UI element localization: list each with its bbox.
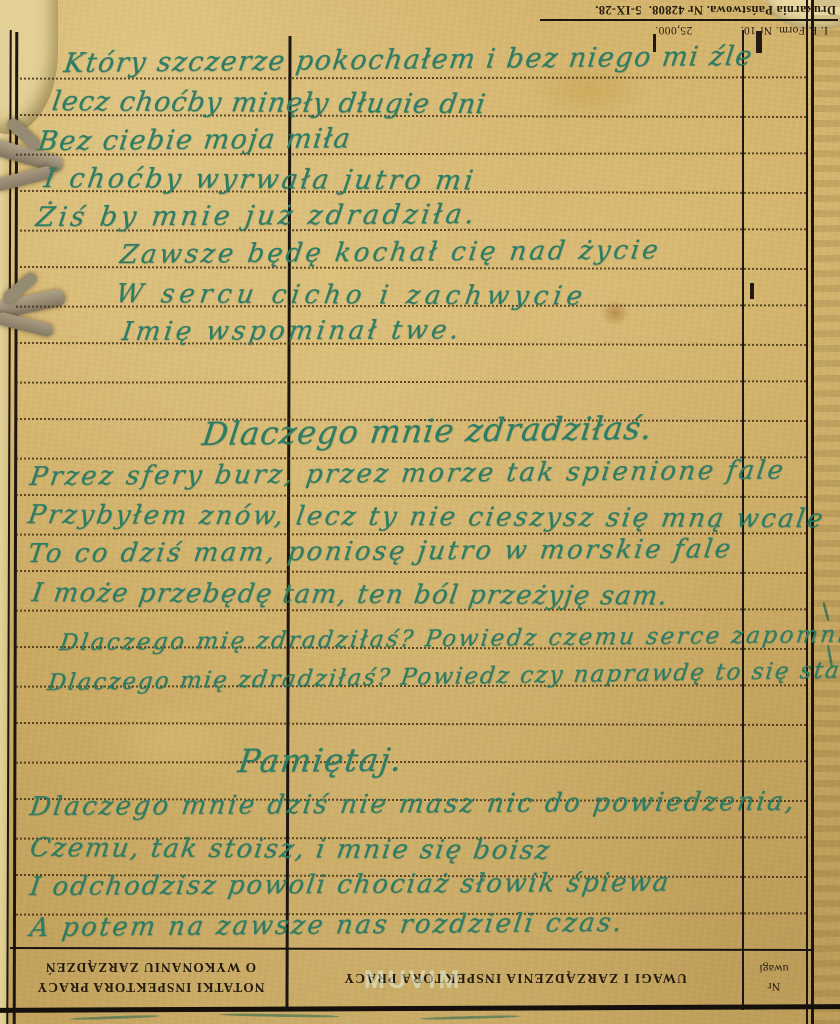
handwritten-line: lecz choćby minęły długie dni — [50, 86, 488, 120]
handwritten-line: I choćby wyrwała jutro mi — [42, 163, 478, 196]
ink-mark — [220, 1013, 340, 1018]
ink-mark — [70, 1014, 160, 1020]
paper-stain — [100, 700, 240, 780]
footer-cell-uwagi: UWAGI I ZARZĄDZENIA INSPEKTORA PRACY — [290, 950, 740, 1006]
handwritten-line: Żiś by mnie już zdradziła. — [34, 199, 479, 233]
handwritten-heading: Pamiętaj. — [236, 741, 405, 780]
footer-cell-notatki: NOTATKI INSPEKTORA PRACY O WYKONANIU ZAR… — [16, 950, 285, 1006]
handwritten-line: W sercu cicho i zachwycie — [114, 279, 589, 311]
dotted-rule-line — [16, 570, 806, 574]
handwritten-line: Który szczerze pokochałem i bez niego mi… — [62, 41, 755, 79]
footer-nr-label: Nr — [744, 978, 804, 996]
handwritten-line: Zawsze będę kochał cię nad życie — [118, 235, 663, 270]
handwritten-heading: Dlaczego mnie zdradziłaś. — [200, 409, 655, 453]
dotted-rule-line — [16, 722, 806, 726]
handwritten-line: Dlaczego mnie dziś nie masz nic do powie… — [28, 787, 798, 822]
handwritten-line: Przez sfery burz, przez morze tak spieni… — [28, 455, 787, 492]
handwritten-line: Bez ciebie moja miła — [36, 123, 353, 157]
footer-uwagi-small-label: uwagi — [744, 960, 804, 978]
footer-uwagi-label: UWAGI I ZARZĄDZENIA INSPEKTORA PRACY — [290, 970, 740, 986]
scanned-notebook-page: I. P. Form. Nr 10. 25,000. Drukarnia Pań… — [0, 0, 840, 1024]
dotted-rule-line — [16, 494, 806, 498]
dotted-rule-line — [16, 380, 806, 383]
handwritten-line: I odchodzisz powoli chociaż słowik śpiew… — [28, 868, 672, 902]
handwritten-line: Imię wspominał twe. — [120, 315, 464, 347]
handwritten-line: Przybyłem znów, lecz ty nie cieszysz się… — [26, 500, 827, 534]
printed-header-block: I. P. Form. Nr 10. 25,000. Drukarnia Pań… — [540, 2, 838, 37]
form-number-label: I. P. Form. Nr 10. — [740, 24, 828, 36]
printed-rule-line — [540, 19, 838, 21]
handwritten-line: Czemu, tak stoisz, i mnie się boisz — [28, 833, 553, 866]
handwritten-line: To co dziś mam, poniosę jutro w morskie … — [26, 534, 735, 569]
handwritten-line: I może przebędę tam, ten ból przeżyję sa… — [30, 578, 670, 611]
handwritten-line: Dlaczego mię zdradziłaś? Powiedz czy nap… — [46, 657, 840, 696]
muvim-watermark: MUVIM — [364, 966, 462, 995]
ink-mark — [750, 283, 754, 299]
handwritten-line: A potem na zawsze nas rozdzieli czas. — [28, 908, 626, 943]
handwritten-line: Dlaczego mię zdradziłaś? Powiedz czemu s… — [58, 621, 840, 656]
footer-notatki-line1: NOTATKI INSPEKTORA PRACY — [16, 978, 285, 998]
form-number-row: I. P. Form. Nr 10. 25,000. — [540, 22, 838, 37]
footer-notatki-line2: O WYKONANIU ZARZĄDZEŃ — [16, 958, 285, 978]
dotted-rule-line — [16, 760, 806, 763]
print-run-label: 25,000. — [655, 24, 692, 36]
ink-mark — [420, 1015, 520, 1021]
printer-imprint-label: Drukarnia Państwowa. Nr 42808. 5-IX-28. — [540, 2, 838, 17]
footer-cell-nr-uwagi: Nr uwagi — [744, 950, 804, 1006]
ink-mark — [756, 31, 762, 53]
